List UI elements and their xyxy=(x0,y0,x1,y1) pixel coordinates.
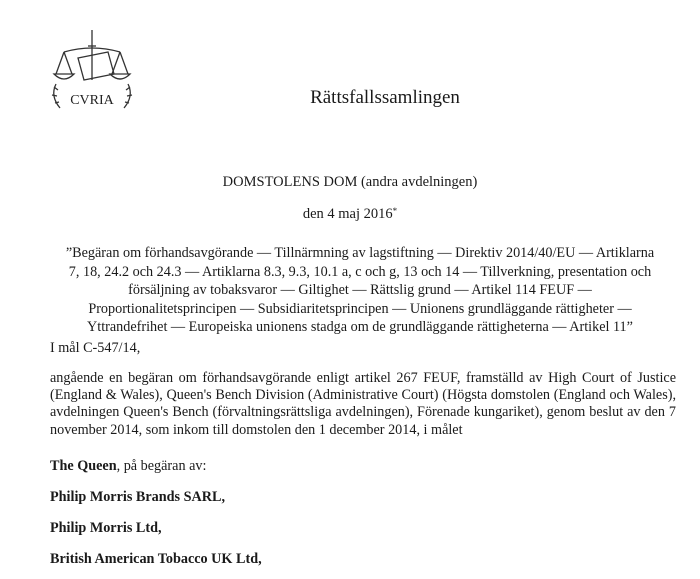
keywords-summary: ”Begäran om förhandsavgörande — Tillnärm… xyxy=(60,244,660,337)
collection-title: Rättsfallssamlingen xyxy=(0,87,700,109)
party-item: Philip Morris Brands SARL, xyxy=(50,489,225,506)
judgment-date: den 4 maj 2016* xyxy=(0,206,700,223)
judgment-date-text: den 4 maj 2016 xyxy=(303,206,393,222)
party-item: British American Tobacco UK Ltd, xyxy=(50,551,262,568)
footnote-marker[interactable]: * xyxy=(393,206,398,216)
judgment-title: DOMSTOLENS DOM (andra avdelningen) xyxy=(0,174,700,191)
claimant-suffix: , på begäran av: xyxy=(117,458,207,474)
reference-paragraph: angående en begäran om förhandsavgörande… xyxy=(50,370,676,439)
claimant-name: The Queen xyxy=(50,458,117,474)
claimant-line: The Queen, på begäran av: xyxy=(50,458,206,475)
case-number: I mål C-547/14, xyxy=(50,340,140,357)
party-item: Philip Morris Ltd, xyxy=(50,520,162,537)
party-name: Philip Morris Ltd, xyxy=(50,520,162,536)
party-name: Philip Morris Brands SARL, xyxy=(50,489,225,505)
party-name: British American Tobacco UK Ltd, xyxy=(50,551,262,567)
